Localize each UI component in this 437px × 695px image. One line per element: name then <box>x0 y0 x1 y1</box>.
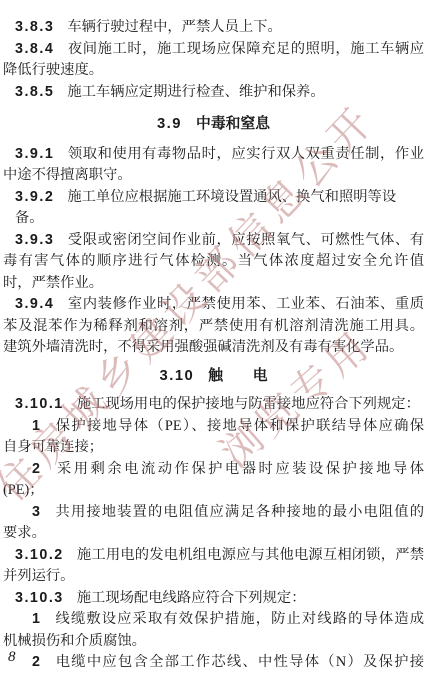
item-number: 3 <box>32 504 41 520</box>
continuation-line: 自身可靠连接； <box>3 437 424 459</box>
line-text: 领取和使用有毒物品时，应实行双人双重责任制，作业 <box>67 146 424 162</box>
section-number: 3.10 <box>159 368 194 384</box>
clause-line: 3.10.2施工用电的发电机组电源应与其他电源互相闭锁，严禁 <box>3 545 424 567</box>
document-page: 3.8.3车辆行驶过程中，严禁人员上下。3.8.4夜间施工时，施工现场应保障充足… <box>0 0 437 695</box>
section-title: 中毒和窒息 <box>196 116 270 132</box>
clause-number: 3.10.1 <box>15 396 64 412</box>
line-text: 降低行驶速度。 <box>3 62 103 78</box>
continuation-line: 苯及混苯作为稀释剂和溶剂，严禁使用有机溶剂清洗施工用具。 <box>3 316 424 338</box>
line-text: 共用接地装置的电阻值应满足各种接地的最小电阻值的 <box>54 504 424 520</box>
line-text: 施工车辆应定期进行检查、维护和保养。 <box>67 84 324 100</box>
continuation-line: 机械损伤和介质腐蚀。 <box>3 631 424 653</box>
clause-number: 3.9.2 <box>15 189 54 205</box>
clause-number: 3.9.4 <box>15 296 54 312</box>
item-line: 2电缆中应包含全部工作芯线、中性导体（N）及保护接 <box>3 652 424 674</box>
item-number: 1 <box>32 418 41 434</box>
line-text: 施工现场配电线路应符合下列规定： <box>77 590 306 606</box>
clause-line: 3.9.4室内装修作业时，严禁使用苯、工业苯、石油苯、重质 <box>3 294 424 316</box>
line-text: 毒有害气体的顺序进行气体检测。当气体浓度超过安全允许值 <box>3 253 424 269</box>
item-line: 1保护接地导体（PE）、接地导体和保护联结导体应确保 <box>3 416 424 438</box>
line-text: 自身可靠连接； <box>3 439 103 455</box>
section-number: 3.9 <box>157 116 182 132</box>
line-text: 室内装修作业时，严禁使用苯、工业苯、石油苯、重质 <box>67 296 424 312</box>
line-text: 施工现场用电的保护接地与防雷接地应符合下列规定： <box>77 396 420 412</box>
clause-line: 3.9.2施工单位应根据施工环境设置通风、换气和照明等设备。 <box>3 187 424 230</box>
line-text: 施工单位应根据施工环境设置通风、换气和照明等设备。 <box>15 189 396 227</box>
line-text: 施工用电的发电机组电源应与其他电源互相闭锁，严禁 <box>77 547 424 563</box>
clause-line: 3.8.5施工车辆应定期进行检查、维护和保养。 <box>3 82 424 104</box>
item-number: 2 <box>32 461 41 477</box>
clause-number: 3.10.2 <box>15 547 64 563</box>
item-line: 2采用剩余电流动作保护电器时应装设保护接地导体 <box>3 459 424 481</box>
line-text: 车辆行驶过程中，严禁人员上下。 <box>67 19 281 35</box>
section-heading: 3.9中毒和窒息 <box>3 114 424 136</box>
clause-number: 3.8.4 <box>15 41 54 57</box>
line-text: (PE)； <box>3 482 44 498</box>
continuation-line: 建筑外墙清洗时，不得采用强酸强碱清洗剂及有毒有害化学品。 <box>3 337 424 359</box>
clause-number: 3.10.3 <box>15 590 64 606</box>
line-text: 建筑外墙清洗时，不得采用强酸强碱清洗剂及有毒有害化学品。 <box>3 339 403 355</box>
clause-number: 3.8.3 <box>15 19 54 35</box>
line-text: 夜间施工时，施工现场应保障充足的照明，施工车辆应 <box>67 41 424 57</box>
clause-line: 3.10.1施工现场用电的保护接地与防雷接地应符合下列规定： <box>3 394 424 416</box>
clause-number: 3.9.3 <box>15 232 54 248</box>
line-text: 并列运行。 <box>3 568 74 584</box>
section-heading: 3.10触 电 <box>3 366 424 388</box>
section-title: 触 电 <box>208 368 267 384</box>
clause-number: 3.8.5 <box>15 84 54 100</box>
item-number: 1 <box>32 611 41 627</box>
item-line: 1线缆敷设应采取有效保护措施，防止对线路的导体造成 <box>3 609 424 631</box>
continuation-line: (PE)； <box>3 480 424 502</box>
line-text: 线缆敷设应采取有效保护措施，防止对线路的导体造成 <box>54 611 424 627</box>
continuation-line: 降低行驶速度。 <box>3 60 424 82</box>
document-body: 3.8.3车辆行驶过程中，严禁人员上下。3.8.4夜间施工时，施工现场应保障充足… <box>3 17 424 674</box>
clause-line: 3.10.3施工现场配电线路应符合下列规定： <box>3 588 424 610</box>
page-number: 8 <box>8 648 16 666</box>
clause-line: 3.9.3受限或密闭空间作业前，应按照氧气、可燃性气体、有 <box>3 230 424 252</box>
line-text: 电缆中应包含全部工作芯线、中性导体（N）及保护接 <box>54 654 424 670</box>
line-text: 中途不得擅离职守。 <box>3 167 132 183</box>
line-text: 受限或密闭空间作业前，应按照氧气、可燃性气体、有 <box>67 232 424 248</box>
continuation-line: 要求。 <box>3 523 424 545</box>
continuation-line: 毒有害气体的顺序进行气体检测。当气体浓度超过安全允许值 <box>3 251 424 273</box>
clause-line: 3.9.1领取和使用有毒物品时，应实行双人双重责任制，作业 <box>3 144 424 166</box>
continuation-line: 并列运行。 <box>3 566 424 588</box>
continuation-line: 时，严禁作业。 <box>3 273 424 295</box>
line-text: 苯及混苯作为稀释剂和溶剂，严禁使用有机溶剂清洗施工用具。 <box>3 318 424 334</box>
line-text: 机械损伤和介质腐蚀。 <box>3 633 146 649</box>
continuation-line: 中途不得擅离职守。 <box>3 165 424 187</box>
line-text: 保护接地导体（PE）、接地导体和保护联结导体应确保 <box>54 418 424 434</box>
line-text: 时，严禁作业。 <box>3 275 103 291</box>
line-text: 采用剩余电流动作保护电器时应装设保护接地导体 <box>54 461 424 477</box>
item-number: 2 <box>32 654 41 670</box>
line-text: 要求。 <box>3 525 46 541</box>
clause-line: 3.8.3车辆行驶过程中，严禁人员上下。 <box>3 17 424 39</box>
item-line: 3共用接地装置的电阻值应满足各种接地的最小电阻值的 <box>3 502 424 524</box>
clause-line: 3.8.4夜间施工时，施工现场应保障充足的照明，施工车辆应 <box>3 39 424 61</box>
clause-number: 3.9.1 <box>15 146 54 162</box>
